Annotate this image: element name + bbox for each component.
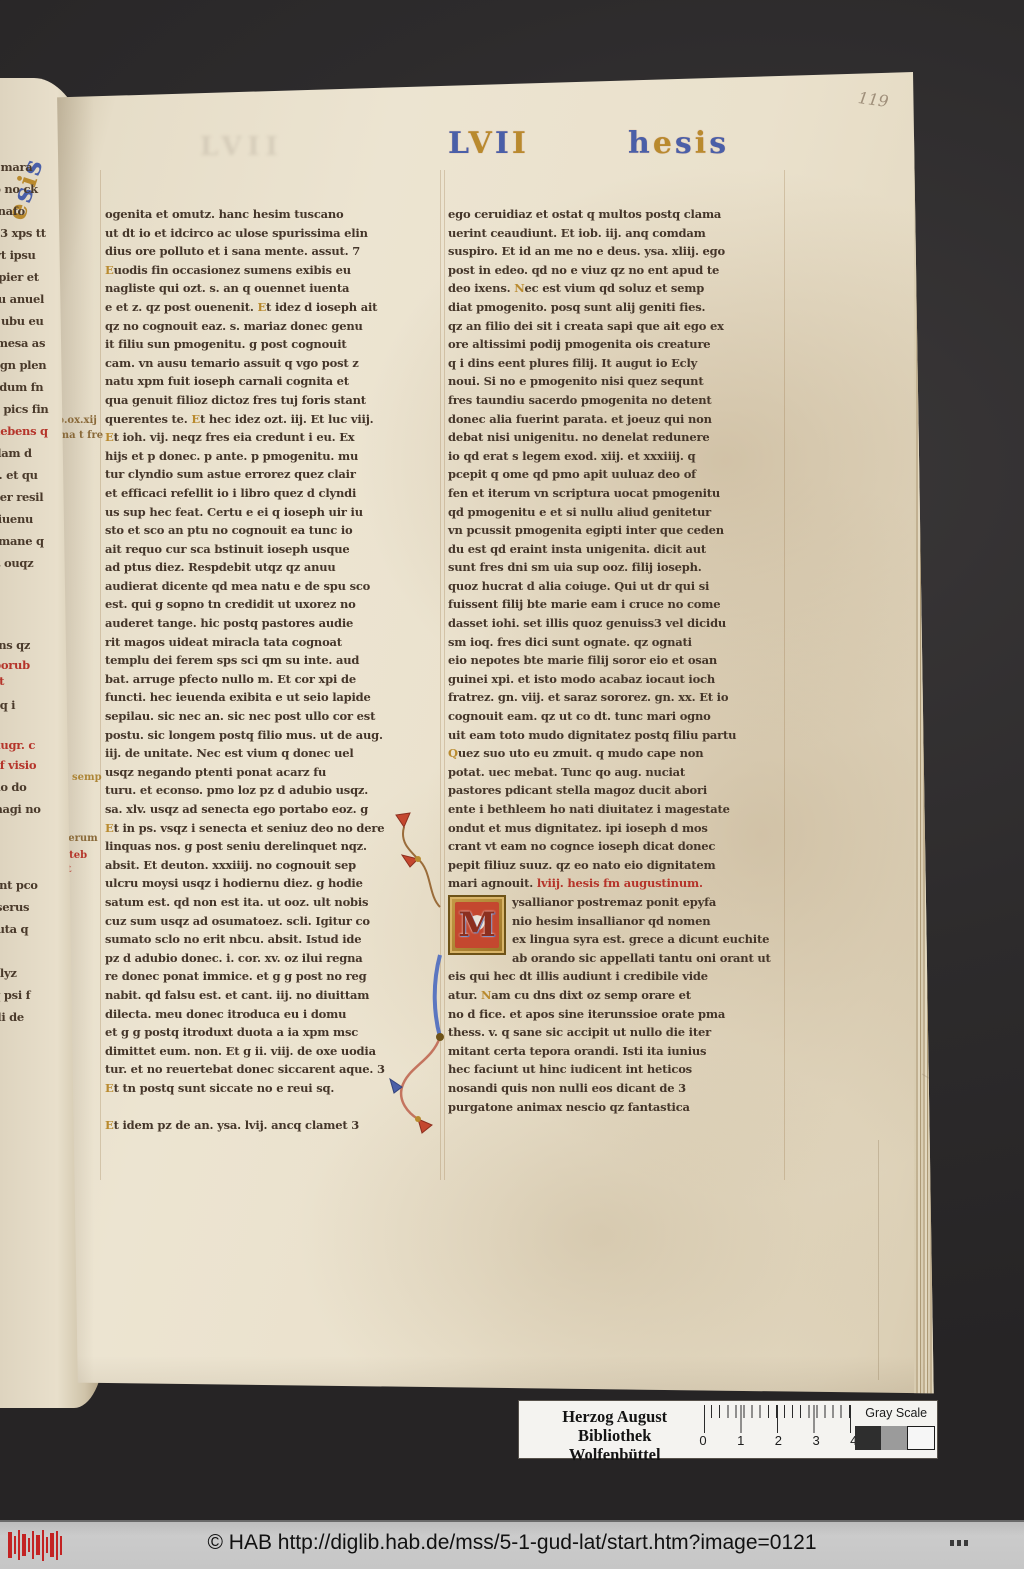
grayscale-patch: [881, 1426, 907, 1450]
manuscript-text-line: re donec ponat immice. et g g post no re…: [105, 967, 439, 986]
text-part: N: [514, 281, 524, 295]
manuscript-text-line: no d fice. et apos sine iterunssioe orat…: [448, 1005, 782, 1024]
manuscript-text-line: Quez suo uto eu zmuit. q mudo cape non: [448, 744, 782, 763]
header-ink-offset-ghost: LVII: [200, 132, 284, 162]
manuscript-text-line: qd pmogenitu e et si nullu aliud genitet…: [448, 503, 782, 522]
text-part: Q: [448, 746, 458, 760]
manuscript-text-line: donec alia fuerint parata. et joeuz qui …: [448, 410, 782, 429]
manuscript-text-line: uerint ceaudiunt. Et iob. iij. anq comda…: [448, 224, 782, 243]
ruler-number: 2: [775, 1433, 782, 1448]
text-part: atur.: [448, 988, 481, 1002]
manuscript-text-line: absit. Et deuton. xxxiiij. no cognouit s…: [105, 856, 439, 875]
manuscript-text-line: tur clyndio sum astue errorez quez clair: [105, 465, 439, 484]
text-part: E: [105, 430, 114, 444]
grayscale-label: Gray Scale: [856, 1406, 936, 1420]
manuscript-text-line: rit magos uideat miracla tata cognoat: [105, 633, 439, 652]
manuscript-text-line: ulcru moysi usqz i hodiernu diez. g hodi…: [105, 874, 439, 893]
photo-canvas: esis gne maraomo no ckapt nafort. S3 xps…: [0, 0, 1024, 1569]
text-part: t idez d ioseph ait: [266, 300, 377, 314]
manuscript-text-line: vn pcussit pmogenita egipti inter que ce…: [448, 521, 782, 540]
ruler-number: 3: [812, 1433, 819, 1448]
manuscript-text-line: usqz negando ptenti ponat acarz fu: [105, 763, 439, 782]
library-name: Herzog August Bibliothek Wolfenbüttel: [519, 1401, 702, 1458]
text-part: uodis fin occasionez sumens exibis eu: [114, 263, 351, 277]
manuscript-text-line: diat pmogenito. posq sunt alij geniti fi…: [448, 298, 782, 317]
text-part: deo ixens.: [448, 281, 514, 295]
manuscript-text-line: nagliste qui ozt. s. an q ouennet iuenta: [105, 279, 439, 298]
manuscript-text-line: dius ore polluto et i sana mente. assut.…: [105, 242, 439, 261]
manuscript-text-line: cam. vn ausu temario assuit q vgo post z: [105, 354, 439, 373]
decorated-initial: M: [448, 895, 506, 955]
previous-page-text-fragment: annli de: [0, 1010, 84, 1024]
manuscript-text-line: sa. xlv. usqz ad senecta ego portabo eoz…: [105, 800, 439, 819]
manuscript-text-line: natu xpm fuit ioseph carnali cognita et: [105, 372, 439, 391]
footer-tiny-marks: [950, 1540, 968, 1546]
manuscript-text-line: us sup hec feat. Certu e ei q ioseph uir…: [105, 503, 439, 522]
library-name-line2: Wolfenbüttel: [527, 1445, 702, 1464]
manuscript-text-line: fratrez. gn. viij. et saraz sororez. gn.…: [448, 688, 782, 707]
centimeter-ruler: 01234: [704, 1401, 852, 1458]
manuscript-text-line: ondut et mus dignitatez. ipi ioseph d mo…: [448, 819, 782, 838]
manuscript-text-line: et efficaci refellit io i libro quez d c…: [105, 484, 439, 503]
manuscript-text-line: sunt fres dni sm uia sup ooz. filij iose…: [448, 558, 782, 577]
manuscript-text-line: thess. v. q sane sic accipit ut nullo di…: [448, 1023, 782, 1042]
library-label-card: Herzog August Bibliothek Wolfenbüttel 01…: [518, 1400, 938, 1459]
grayscale-patch: [855, 1426, 881, 1450]
manuscript-text-line: cognouit eam. qz ut co dt. tunc mari ogn…: [448, 707, 782, 726]
manuscript-text-line: mitant certa tepora orandi. Isti ita iun…: [448, 1042, 782, 1061]
footer-mark: [964, 1540, 968, 1546]
fore-edge-page-stack: [914, 68, 940, 1396]
manuscript-text-line: templu dei ferem sps sci qm su inte. aud: [105, 651, 439, 670]
manuscript-text-line: auderet tange. hic postq pastores audie: [105, 614, 439, 633]
manuscript-text-line: et g g postq itroduxt duota a ia xpm msc: [105, 1023, 439, 1042]
faint-margin-sketch: [910, 1010, 960, 1140]
parchment-crease: [878, 1140, 879, 1380]
manuscript-text-line: ore altissimi podij pmogenita ois creatu…: [448, 335, 782, 354]
manuscript-text-line: iij. de unitate. Nec est vium q donec ue…: [105, 744, 439, 763]
manuscript-text-line: [105, 1098, 439, 1117]
text-part: e et z. qz post ouenenit.: [105, 300, 257, 314]
manuscript-text-line: mari agnouit. lviij. hesis fm augustinum…: [448, 874, 782, 893]
header-letter: I: [495, 126, 512, 161]
manuscript-text-line: dimittet eum. non. Et g ii. viij. de oxe…: [105, 1042, 439, 1061]
manuscript-text-line: ogenita et omutz. hanc hesim tuscano: [105, 205, 439, 224]
manuscript-text-line: atur. Nam cu dns dixt oz semp orare et: [448, 986, 782, 1005]
ruling-line: [100, 170, 101, 1180]
manuscript-text-line: uit eam toto mudo dignitatez postq filiu…: [448, 726, 782, 745]
manuscript-text-line: bat. arruge pfecto nullo m. Et cor xpi d…: [105, 670, 439, 689]
manuscript-text-line: audierat dicente qd mea natu e de spu sc…: [105, 577, 439, 596]
header-letter: e: [653, 126, 675, 161]
header-letter: i: [695, 126, 709, 161]
manuscript-text-line: purgatone animax nescio qz fantastica: [448, 1098, 782, 1117]
header-letter: I: [512, 126, 529, 161]
manuscript-text-line: turu. et econso. pmo loz pz d adubio usq…: [105, 781, 439, 800]
manuscript-text-line: deo ixens. Nec est vium qd soluz et semp: [448, 279, 782, 298]
footer-strip: © HAB http://diglib.hab.de/mss/5-1-gud-l…: [0, 1520, 1024, 1569]
grayscale-patch: [907, 1426, 935, 1450]
text-column-left: ogenita et omutz. hanc hesim tuscanout d…: [105, 205, 439, 1135]
manuscript-text-line: Et in ps. vsqz i senecta et seniuz deo n…: [105, 819, 439, 838]
manuscript-page: LVII LVII hesis 119 ogenita et omutz. ha…: [40, 60, 940, 1396]
text-part: E: [105, 821, 114, 835]
manuscript-text-line: post in edeo. qd no e viuz qz no ent apu…: [448, 261, 782, 280]
footer-mark: [950, 1540, 954, 1546]
ruling-line: [440, 170, 441, 1180]
running-header-chapter-numeral: LVII: [448, 126, 529, 161]
manuscript-text-line: du est qd eraint insta unigenita. dicit …: [448, 540, 782, 559]
previous-page-text-fragment: ei. q psi f: [0, 988, 84, 1002]
text-part: N: [481, 988, 491, 1002]
text-part: t ioh. vij. neqz fres eia credunt i eu. …: [114, 430, 355, 444]
manuscript-text-line: ad ptus diez. Respdebit utqz qz anuu: [105, 558, 439, 577]
manuscript-text-line: dasset iohi. set illis quoz genuiss3 vel…: [448, 614, 782, 633]
text-part: E: [191, 412, 200, 426]
manuscript-text-line: qua genuit filioz dictoz fres tuj foris …: [105, 391, 439, 410]
manuscript-text-line: dilecta. meu donec itroduca eu i domu: [105, 1005, 439, 1024]
ruling-line: [444, 170, 445, 1180]
text-column-right: ego ceruidiaz et ostat q multos postq cl…: [448, 205, 782, 1116]
ruling-line: [784, 170, 785, 1180]
manuscript-text-line: querentes te. Et hec idez ozt. iij. Et l…: [105, 410, 439, 429]
ruler-ticks: [704, 1405, 852, 1433]
library-name-line1: Herzog August Bibliothek: [527, 1407, 702, 1445]
text-part: mari agnouit.: [448, 876, 537, 890]
manuscript-text-line: qz an filio dei sit i creata sapi que ai…: [448, 317, 782, 336]
header-letter: h: [628, 126, 653, 161]
text-part: t in ps. vsqz i senecta et seniuz deo no…: [114, 821, 385, 835]
manuscript-text-line: sto et sco an ptu no cognouit ea tunc io: [105, 521, 439, 540]
manuscript-text-line: fen et iterum vn scriptura uocat pmogeni…: [448, 484, 782, 503]
manuscript-text-line: ente i bethleem ho nati diuitatez i mage…: [448, 800, 782, 819]
initial-letter: M: [450, 897, 504, 953]
manuscript-text-line: sepilau. sic nec an. sic nec post ullo c…: [105, 707, 439, 726]
manuscript-text-line: est. qui g sopno tn credidit ut uxorez n…: [105, 595, 439, 614]
manuscript-text-line: Et ioh. vij. neqz fres eia credunt i eu.…: [105, 428, 439, 447]
text-part: E: [105, 1118, 114, 1132]
header-letter: V: [469, 126, 495, 161]
manuscript-text-line: sumato sclo no erit nbcu. absit. Istud i…: [105, 930, 439, 949]
header-letter: s: [709, 126, 729, 161]
rubric-text: lviij. hesis fm augustinum.: [537, 876, 703, 890]
manuscript-text-line: q i dins eent plures filij. It augut io …: [448, 354, 782, 373]
text-part: uez suo uto eu zmuit. q mudo cape non: [458, 746, 704, 760]
manuscript-text-line: guinei xpi. et isto modo acabaz iocaut i…: [448, 670, 782, 689]
manuscript-text-line: it filiu sun pmogenitu. g post cognouit: [105, 335, 439, 354]
manuscript-text-line: pcepit q ome qd pmo apit uuluaz deo of: [448, 465, 782, 484]
manuscript-text-line: eio nepotes bte marie filij soror eio et…: [448, 651, 782, 670]
header-letter: L: [448, 126, 469, 161]
manuscript-text-line: fuissent filij bte marie eam i cruce no …: [448, 595, 782, 614]
manuscript-text-line: crant vt eam no cognce ioseph dicat done…: [448, 837, 782, 856]
manuscript-text-line: functi. hec ieuenda exibita e ut seio la…: [105, 688, 439, 707]
manuscript-text-line: fres taundiu sacerdo pmogenita no detent: [448, 391, 782, 410]
manuscript-text-line: Euodis fin occasionez sumens exibis eu: [105, 261, 439, 280]
manuscript-text-line: linquas nos. g post seniu derelinquet nq…: [105, 837, 439, 856]
manuscript-text-line: suspiro. Et id an me no e deus. ysa. xli…: [448, 242, 782, 261]
manuscript-text-line: qz no cognouit eaz. s. mariaz donec genu: [105, 317, 439, 336]
manuscript-text-line: quoz hucrat d alia coiuge. Qui ut dr qui…: [448, 577, 782, 596]
margin-note: semp: [72, 772, 102, 783]
manuscript-text-line: postu. sic longem postq filio mus. ut de…: [105, 726, 439, 745]
manuscript-text-line: nabit. qd falsu est. et cant. iij. no di…: [105, 986, 439, 1005]
manuscript-text-line: nosandi quis non nulli eos dicant de 3: [448, 1079, 782, 1098]
grayscale-target: Gray Scale: [854, 1401, 937, 1458]
text-part: E: [105, 263, 114, 277]
manuscript-text-line: ego ceruidiaz et ostat q multos postq cl…: [448, 205, 782, 224]
header-letter: s: [675, 126, 695, 161]
text-part: am cu dns dixt oz semp orare et: [491, 988, 691, 1002]
folio-number: 119: [857, 88, 890, 111]
copyright-source-url: © HAB http://diglib.hab.de/mss/5-1-gud-l…: [0, 1531, 1024, 1555]
manuscript-text-line: hec faciunt ut hinc iudicent int heticos: [448, 1060, 782, 1079]
manuscript-text-line: cuz sum usqz ad osumatoez. scli. Igitur …: [105, 912, 439, 931]
manuscript-text-line: ait requo cur sca bstinuit ioseph usque: [105, 540, 439, 559]
manuscript-text-line: tur. et no reuertebat donec siccarent aq…: [105, 1060, 439, 1079]
text-part: t idem pz de an. ysa. lvij. ancq clamet …: [114, 1118, 359, 1132]
ruler-number: 1: [737, 1433, 744, 1448]
manuscript-text-line: noui. Si no e pmogenito nisi quez sequnt: [448, 372, 782, 391]
manuscript-text-line: ut dt io et idcirco ac ulose spurissima …: [105, 224, 439, 243]
manuscript-text-line: pz d adubio donec. i. cor. xv. oz ilui r…: [105, 949, 439, 968]
text-part: t tn postq sunt siccate no e reui sq.: [114, 1081, 335, 1095]
text-part: ec est vium qd soluz et semp: [525, 281, 705, 295]
ruler-number: 0: [699, 1433, 706, 1448]
manuscript-text-line: e et z. qz post ouenenit. Et idez d iose…: [105, 298, 439, 317]
running-header-title: hesis: [628, 126, 729, 161]
footer-mark: [957, 1540, 961, 1546]
text-part: E: [257, 300, 266, 314]
manuscript-text-line: pepit filiuz suuz. qz eo nato eio dignit…: [448, 856, 782, 875]
manuscript-text-line: debat nisi unigenitu. no denelat reduner…: [448, 428, 782, 447]
text-part: t hec idez ozt. iij. Et luc viij.: [200, 412, 374, 426]
manuscript-text-line: io qd erat s legem exod. xiij. et xxxiii…: [448, 447, 782, 466]
manuscript-text-line: pastores pdicant stella magoz ducit abor…: [448, 781, 782, 800]
ruler-numbers: 01234: [699, 1433, 857, 1448]
manuscript-text-line: satum est. qd non est ita. ut ooz. ult n…: [105, 893, 439, 912]
manuscript-text-line: potat. uec mebat. Tunc qo aug. nuciat: [448, 763, 782, 782]
manuscript-text-line: Et tn postq sunt siccate no e reui sq.: [105, 1079, 439, 1098]
text-part: querentes te.: [105, 412, 191, 426]
manuscript-text-line: eis qui hec dt illis audiunt i credibile…: [448, 967, 782, 986]
text-part: E: [105, 1081, 114, 1095]
manuscript-text-line: Et idem pz de an. ysa. lvij. ancq clamet…: [105, 1116, 439, 1135]
manuscript-text-line: sm ioq. fres dici sunt ognate. qz ognati: [448, 633, 782, 652]
grayscale-patches: [855, 1426, 935, 1450]
manuscript-text-line: hijs et p donec. p ante. p pmogenitu. mu: [105, 447, 439, 466]
